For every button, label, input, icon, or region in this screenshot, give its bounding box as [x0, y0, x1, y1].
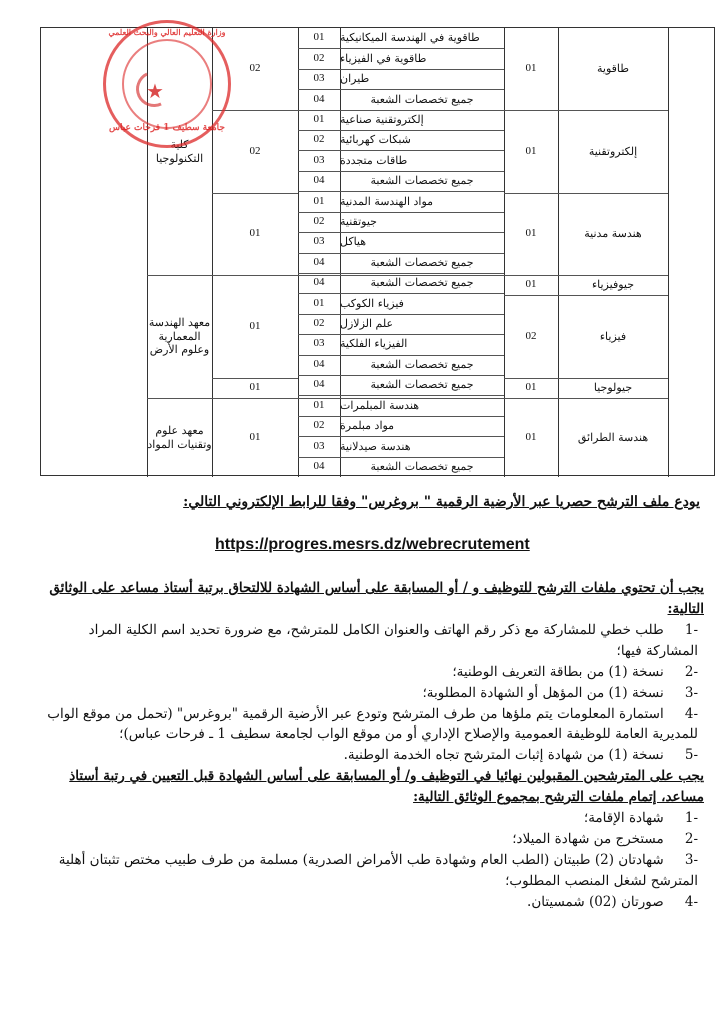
list-item: -1 شهادة الإقامة؛ — [40, 808, 704, 829]
specialty-code-cell: 04 — [298, 457, 340, 477]
specialty-name-cell: فيزياء الكوكب — [340, 293, 504, 313]
specialty-name-cell: طيران — [340, 69, 504, 89]
table-divider — [298, 110, 504, 111]
list-item: -1 طلب خطي للمشاركة مع ذكر رقم الهاتف وا… — [40, 620, 704, 662]
list-item: -4 استمارة المعلومات يتم ملؤها من طرف ال… — [40, 704, 704, 746]
list-item: -4 صورتان (02) شمسيتان. — [40, 892, 704, 913]
list-number: -3 — [668, 683, 698, 704]
specialty-code-cell: 04 — [298, 375, 340, 395]
specialty-code-cell: 04 — [298, 355, 340, 375]
field-name-cell: إلكتروتقنية — [558, 110, 668, 193]
list-number: -4 — [668, 892, 698, 913]
list-item: -3 شهادتان (2) طبيتان (الطب العام وشهادة… — [40, 850, 704, 892]
list-text: نسخة (1) من المؤهل أو الشهادة المطلوبة؛ — [423, 685, 669, 701]
table-divider — [212, 398, 298, 399]
table-divider — [212, 378, 298, 379]
list-text: استمارة المعلومات يتم ملؤها من طرف المتر… — [47, 706, 698, 743]
positions-count-cell: 01 — [212, 275, 298, 378]
institute-cell: كلية التكنولوجيا — [147, 28, 212, 275]
table-divider — [298, 457, 504, 458]
final-heading: يجب على المترشحين المقبولين نهائيا في ال… — [40, 766, 704, 808]
table-divider — [504, 398, 668, 399]
positions-table: كلية التكنولوجيامعهد الهندسة المعمارية و… — [40, 27, 715, 476]
documents-heading: يجب أن تحتوي ملفات الترشح للتوظيف و / أو… — [40, 578, 704, 620]
table-divider — [298, 171, 504, 172]
specialty-code-cell: 02 — [298, 314, 340, 334]
list-number: -1 — [668, 808, 698, 829]
field-name-cell: جيوفيزياء — [558, 275, 668, 295]
table-divider — [298, 232, 504, 233]
specialty-name-cell: مواد مبلمرة — [340, 416, 504, 436]
positions-count-cell: 01 — [212, 398, 298, 477]
specialty-name-cell: الفيزياء الفلكية — [340, 334, 504, 354]
list-text: صورتان (02) شمسيتان. — [527, 894, 668, 910]
table-divider — [298, 212, 504, 213]
specialty-code-cell: 03 — [298, 232, 340, 252]
specialty-code-cell: 02 — [298, 130, 340, 150]
specialty-code-cell: 01 — [298, 293, 340, 313]
table-divider — [298, 150, 504, 151]
table-divider — [212, 193, 298, 194]
table-divider — [298, 191, 504, 192]
specialty-code-cell: 04 — [298, 171, 340, 191]
table-divider — [668, 28, 669, 477]
specialty-name-cell: جيوتقنية — [340, 212, 504, 232]
specialty-code-cell: 02 — [298, 416, 340, 436]
positions-count-cell: 01 — [212, 193, 298, 275]
list-text: نسخة (1) من بطاقة التعريف الوطنية؛ — [452, 664, 668, 680]
specialty-name-cell: طاقات متجددة — [340, 150, 504, 170]
list-item: -3 نسخة (1) من المؤهل أو الشهادة المطلوب… — [40, 683, 704, 704]
table-divider — [298, 293, 504, 294]
list-text: شهادة الإقامة؛ — [584, 810, 668, 826]
table-divider — [212, 110, 298, 111]
table-divider — [298, 253, 504, 254]
table-divider — [298, 89, 504, 90]
field-name-cell: طاقوية — [558, 28, 668, 110]
table-divider — [298, 395, 504, 396]
specialty-name-cell: شبكات كهربائية — [340, 130, 504, 150]
document-page: كلية التكنولوجيامعهد الهندسة المعمارية و… — [0, 0, 724, 1024]
specialty-code-cell: 04 — [298, 273, 340, 293]
positions-count-cell: 02 — [212, 110, 298, 193]
specialty-code-cell: 01 — [298, 28, 340, 48]
specialty-name-cell: طاقوية في الهندسة الميكانيكية — [340, 28, 504, 48]
table-divider — [298, 273, 504, 274]
specialty-name-cell: هياكل — [340, 232, 504, 252]
table-divider — [298, 48, 504, 49]
final-section: يجب على المترشحين المقبولين نهائيا في ال… — [40, 766, 704, 912]
specialty-name-cell: جميع تخصصات الشعبة — [340, 253, 504, 273]
list-text: طلب خطي للمشاركة مع ذكر رقم الهاتف والعن… — [89, 622, 698, 659]
field-name-cell: هندسة الطرائق — [558, 398, 668, 477]
specialty-code-cell: 04 — [298, 89, 340, 109]
specialty-name-cell: جميع تخصصات الشعبة — [340, 355, 504, 375]
list-number: -2 — [668, 829, 698, 850]
field-count-cell: 01 — [504, 193, 558, 275]
field-name-cell: هندسة مدنية — [558, 193, 668, 275]
table-divider — [298, 69, 504, 70]
list-text: شهادتان (2) طبيتان (الطب العام وشهادة طب… — [59, 852, 698, 889]
table-divider — [298, 334, 504, 335]
list-item: -2 نسخة (1) من بطاقة التعريف الوطنية؛ — [40, 662, 704, 683]
list-item: -5 نسخة (1) من شهادة إثبات المترشح تجاه … — [40, 745, 704, 766]
table-divider — [212, 275, 298, 276]
submission-instruction: يودع ملف الترشح حصريا عبر الأرضية الرقمي… — [183, 492, 700, 514]
field-count-cell: 01 — [504, 28, 558, 110]
table-divider — [298, 375, 504, 376]
specialty-code-cell: 03 — [298, 436, 340, 456]
specialty-code-cell: 02 — [298, 212, 340, 232]
table-divider — [504, 275, 668, 276]
list-number: -5 — [668, 745, 698, 766]
documents-section: يجب أن تحتوي ملفات الترشح للتوظيف و / أو… — [40, 578, 704, 766]
specialty-name-cell: جميع تخصصات الشعبة — [340, 89, 504, 109]
field-count-cell: 01 — [504, 398, 558, 477]
specialty-code-cell: 01 — [298, 395, 340, 415]
specialty-code-cell: 04 — [298, 253, 340, 273]
table-divider — [504, 110, 668, 111]
table-divider — [298, 314, 504, 315]
field-count-cell: 01 — [504, 275, 558, 295]
table-divider — [298, 130, 504, 131]
specialty-name-cell: هندسة صيدلانية — [340, 436, 504, 456]
table-divider — [504, 295, 668, 296]
documents-list: -1 طلب خطي للمشاركة مع ذكر رقم الهاتف وا… — [40, 620, 704, 766]
positions-count-cell: 01 — [212, 378, 298, 398]
final-documents-list: -1 شهادة الإقامة؛-2 مستخرج من شهادة المي… — [40, 808, 704, 913]
specialty-name-cell: مواد الهندسة المدنية — [340, 191, 504, 211]
field-name-cell: جيولوجيا — [558, 378, 668, 398]
specialty-code-cell: 02 — [298, 48, 340, 68]
list-number: -4 — [668, 704, 698, 725]
list-number: -2 — [668, 662, 698, 683]
institute-cell: معهد علوم وتقنيات المواد — [147, 398, 212, 477]
specialty-code-cell: 01 — [298, 110, 340, 130]
specialty-name-cell: طاقوية في الفيزياء — [340, 48, 504, 68]
list-number: -3 — [668, 850, 698, 871]
specialty-name-cell: جميع تخصصات الشعبة — [340, 171, 504, 191]
specialty-code-cell: 03 — [298, 150, 340, 170]
list-text: نسخة (1) من شهادة إثبات المترشح تجاه الخ… — [344, 747, 668, 763]
specialty-name-cell: جميع تخصصات الشعبة — [340, 273, 504, 293]
specialty-code-cell: 03 — [298, 334, 340, 354]
table-divider — [298, 436, 504, 437]
specialty-code-cell: 03 — [298, 69, 340, 89]
table-divider — [504, 193, 668, 194]
specialty-name-cell: هندسة المبلمرات — [340, 395, 504, 415]
progres-link[interactable]: https://progres.mesrs.dz/webrecrutement — [215, 536, 530, 554]
specialty-code-cell: 01 — [298, 191, 340, 211]
list-number: -1 — [668, 620, 698, 641]
specialty-name-cell: إلكتروتقنية صناعية — [340, 110, 504, 130]
list-text: مستخرج من شهادة الميلاد؛ — [512, 831, 668, 847]
specialty-name-cell: جميع تخصصات الشعبة — [340, 457, 504, 477]
positions-count-cell: 02 — [212, 28, 298, 110]
table-divider — [298, 416, 504, 417]
specialty-name-cell: جميع تخصصات الشعبة — [340, 375, 504, 395]
table-divider — [504, 378, 668, 379]
institute-cell: معهد الهندسة المعمارية وعلوم الأرض — [147, 275, 212, 398]
field-count-cell: 01 — [504, 378, 558, 398]
specialty-name-cell: علم الزلازل — [340, 314, 504, 334]
field-name-cell: فيزياء — [558, 295, 668, 378]
field-count-cell: 01 — [504, 110, 558, 193]
list-item: -2 مستخرج من شهادة الميلاد؛ — [40, 829, 704, 850]
field-count-cell: 02 — [504, 295, 558, 378]
table-divider — [298, 355, 504, 356]
